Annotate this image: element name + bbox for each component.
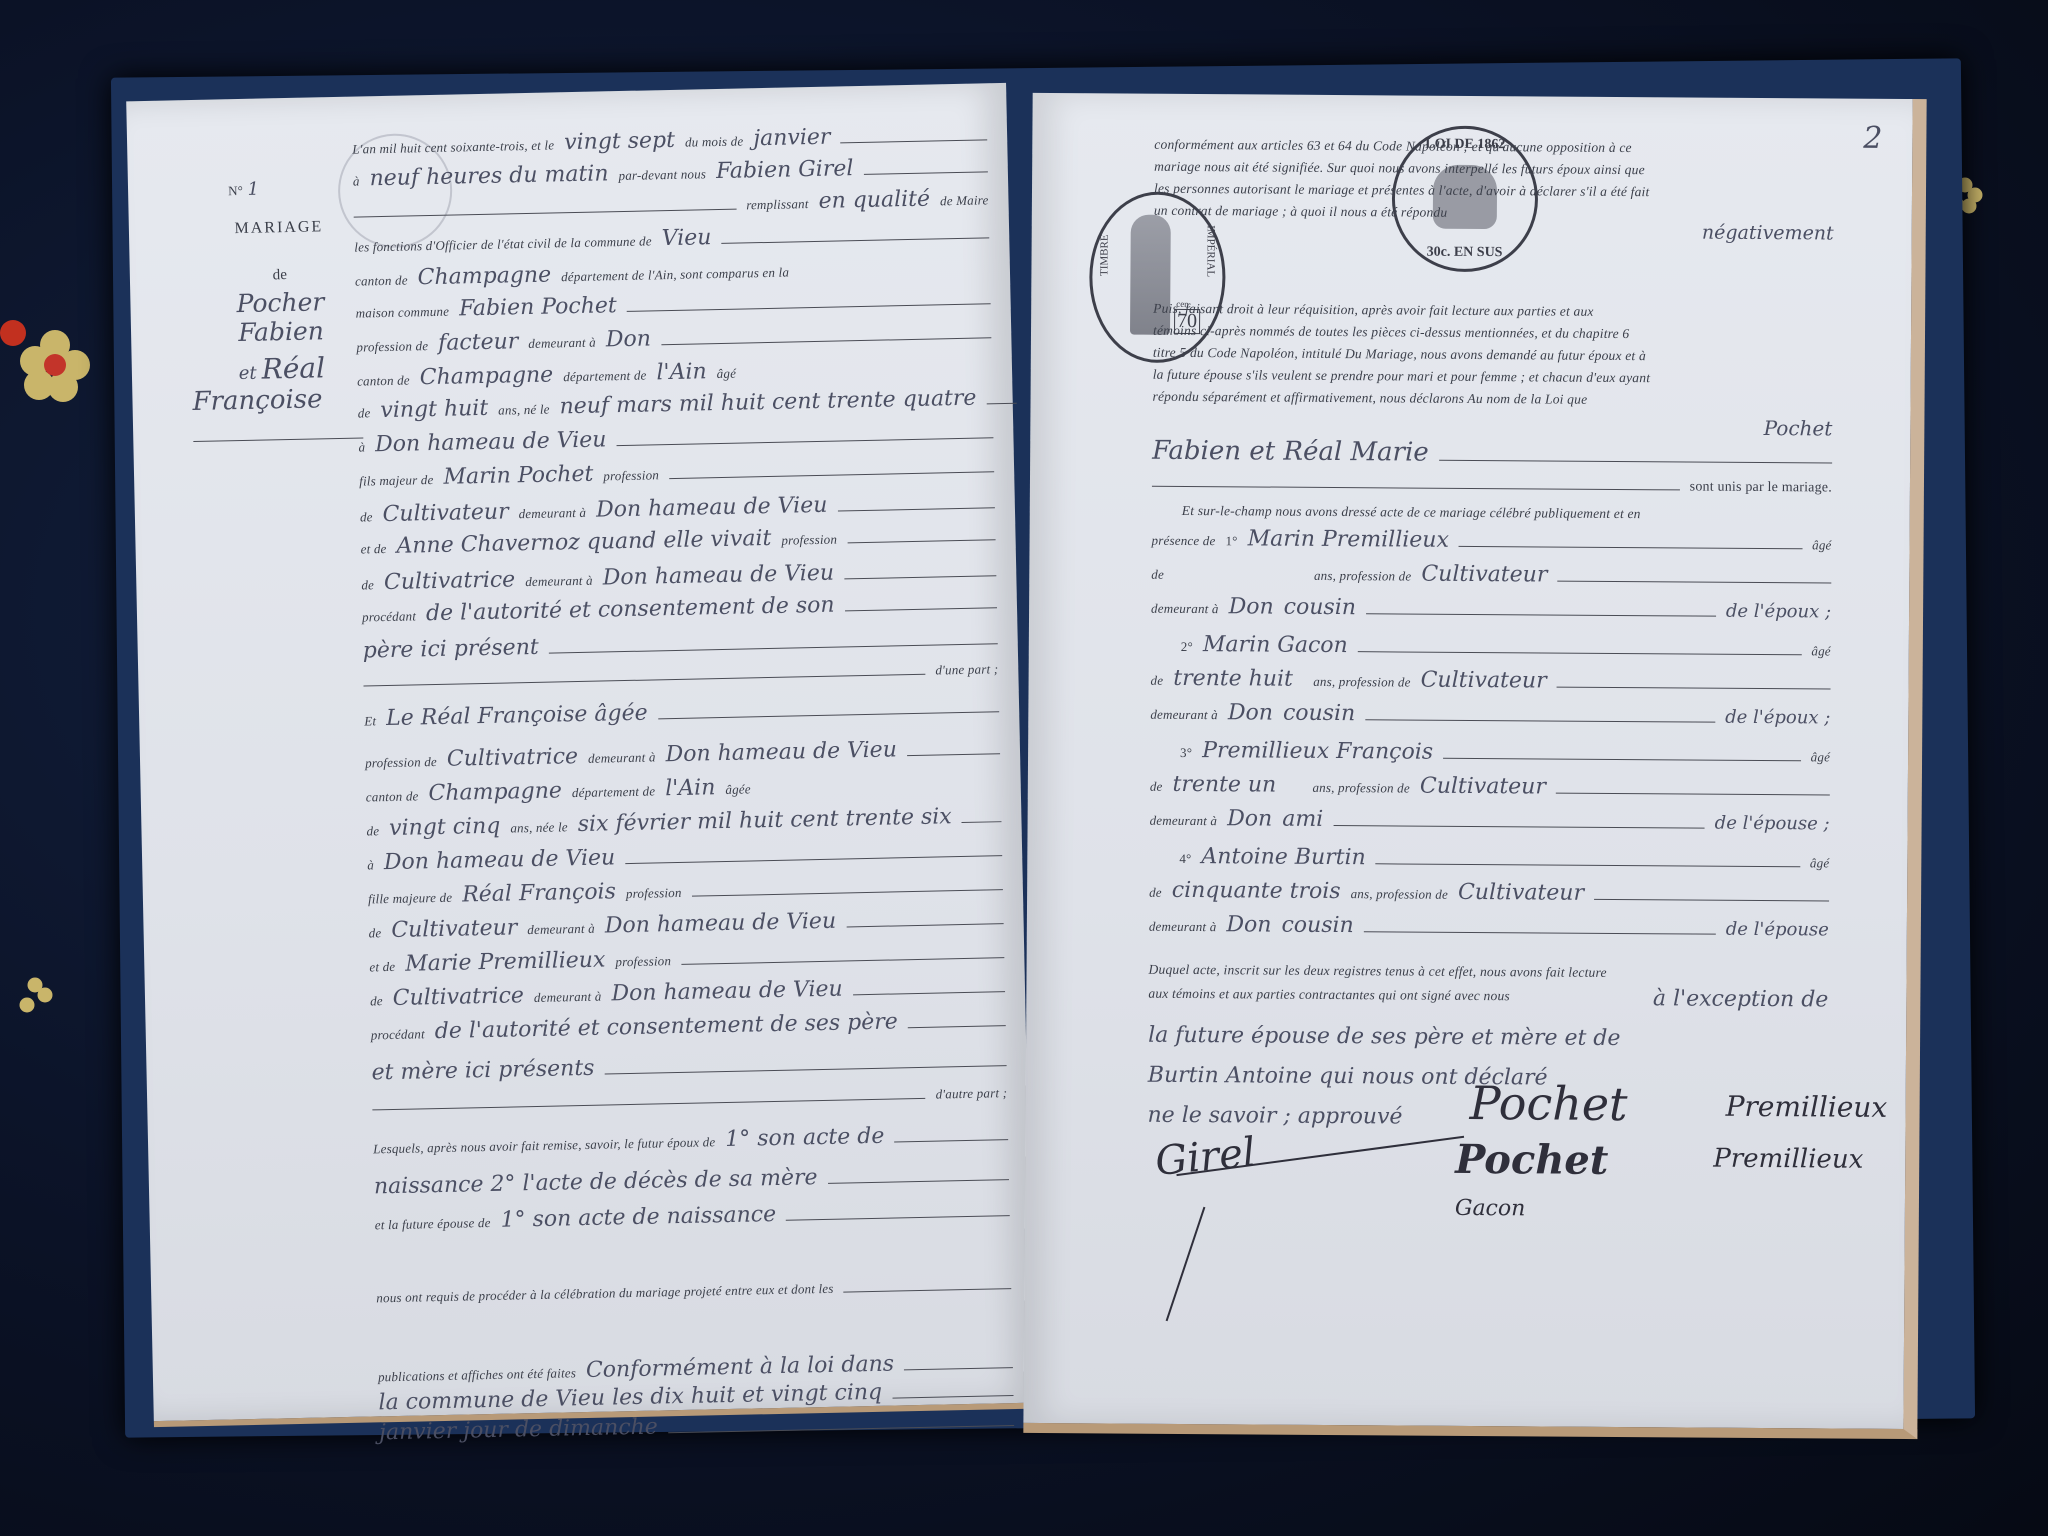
printed-text: demeurant à	[518, 505, 586, 522]
handwritten-entry: Cultivatrice	[384, 567, 516, 595]
register-line: profession deCultivatricedemeurant àDon …	[365, 735, 1000, 773]
right-page-body: conformément aux articles 63 et 64 du Co…	[1147, 134, 1834, 1141]
margin-et: et	[239, 363, 257, 384]
handwritten-entry: neuf heures du matin	[369, 161, 608, 191]
register-line: d'autre part ;	[372, 1085, 1007, 1114]
handwritten-entry: Conformément à la loi dans	[586, 1352, 895, 1383]
printed-text: département de	[563, 368, 647, 386]
handwritten-entry: Champagne	[428, 778, 562, 806]
handwritten-entry: vingt sept	[564, 128, 675, 155]
witness-profession: Cultivateur	[1420, 774, 1546, 800]
printed-text: procédant	[362, 608, 416, 625]
printed-text: fils majeur de	[359, 472, 434, 490]
embroidered-red-bloom-icon	[0, 320, 26, 346]
bride-surname: Réal	[261, 351, 325, 385]
handwritten-entry: Cultivateur	[391, 915, 518, 943]
printed-text: demeurant à	[527, 921, 595, 938]
handwritten-entry: Marie Premillieux	[405, 948, 606, 977]
handwritten-entry: Anne Chavernoz quand elle vivait	[396, 526, 771, 559]
handwritten-entry: Don hameau de Vieu	[665, 737, 897, 767]
printed-text: de	[366, 823, 379, 839]
printed-text: demeurant à	[588, 749, 656, 766]
united-statement: sont unis par le mariage.	[1690, 479, 1832, 496]
stamp-text-timbre: TIMBRE	[1098, 234, 1110, 276]
handwritten-entry: Champagne	[417, 263, 551, 291]
register-line: père ici présent	[363, 625, 998, 663]
printed-text: fille majeure de	[368, 890, 453, 908]
witness-residence: Don	[1229, 594, 1274, 619]
register-line: et mère ici présents	[371, 1047, 1006, 1085]
printed-text: L'an mil huit cent soixante-trois, et le	[352, 137, 554, 157]
printed-text: profession	[626, 885, 682, 902]
label-residence: demeurant à	[1150, 813, 1218, 829]
handwritten-entry: naissance 2° l'acte de décès de sa mère	[374, 1165, 818, 1199]
handwritten-entry: Don hameau de Vieu	[596, 493, 828, 523]
embroidered-flower-icon	[18, 978, 53, 1013]
register-line: procédantde l'autorité et consentement d…	[362, 589, 997, 627]
handwritten-entry: Cultivateur	[382, 499, 509, 527]
register-line: profession defacteurdemeurant àDon	[356, 319, 991, 357]
printed-text: à	[367, 857, 374, 873]
printed-text: et la future épouse de	[375, 1215, 491, 1233]
printed-text: de	[369, 925, 382, 941]
witness-relation: cousin	[1283, 701, 1355, 727]
witness-age-label: âgé	[1811, 749, 1830, 765]
handwritten-entry: Réal François	[462, 879, 616, 907]
printed-text: âgée	[725, 781, 751, 798]
handwritten-entry: Marin Pochet	[443, 462, 593, 490]
register-line: fils majeur deMarin Pochetprofession	[359, 453, 994, 491]
printed-text: publications et affiches ont été faites	[378, 1365, 576, 1385]
witness-age: trente un	[1172, 772, 1302, 798]
witness-residence: Don	[1226, 912, 1271, 937]
printed-text: de	[361, 577, 374, 593]
label-de: de	[1150, 779, 1163, 795]
handwritten-entry: de l'autorité et consentement de son	[426, 593, 835, 627]
printed-text: et de	[369, 959, 395, 976]
register-line: deCultivatricedemeurant àDon hameau de V…	[361, 557, 996, 595]
witness-number: 1°	[1225, 533, 1237, 549]
handwritten-entry: Le Réal Françoise âgée	[386, 701, 648, 731]
left-page-body: L'an mil huit cent soixante-trois, et le…	[352, 121, 987, 134]
handwritten-entry: Cultivatrice	[447, 744, 579, 772]
register-line: les fonctions d'Officier de l'état civil…	[354, 219, 989, 257]
handwritten-entry: 1° son acte de naissance	[500, 1202, 776, 1233]
handwritten-entry: l'Ain	[656, 359, 707, 385]
printed-text: profession	[603, 467, 659, 484]
signature-groom: Pochet	[1469, 1076, 1627, 1131]
folio-number: 2	[1863, 121, 1882, 156]
register-line: àneuf heures du matinpar-devant nousFabi…	[353, 153, 988, 191]
printed-text: canton de	[357, 372, 410, 389]
witness-age	[1174, 579, 1304, 580]
entry-number-label: N°	[228, 183, 243, 198]
register-line: deCultivatricedemeurant àDon hameau de V…	[370, 973, 1005, 1011]
bride-given-name: Françoise	[192, 383, 373, 417]
register-line: et deAnne Chavernoz quand elle vivaitpro…	[360, 521, 995, 559]
witness-relation: ami	[1282, 807, 1323, 832]
witness-relation-of: de l'épouse	[1726, 919, 1829, 941]
printed-text: département de	[572, 783, 656, 801]
printed-text: profession de	[356, 338, 428, 356]
handwritten-entry: l'Ain	[665, 775, 716, 801]
handwritten-entry: Don hameau de Vieu	[384, 845, 616, 875]
register-line: canton deChampagnedépartement del'Ainâgé…	[366, 769, 1001, 807]
entry-heading: MARIAGE	[189, 217, 369, 239]
printed-text: à	[358, 439, 365, 455]
printed-text: remplissant	[746, 196, 809, 213]
witness-age-label: âgé	[1812, 537, 1831, 553]
printed-text: profession de	[365, 754, 437, 772]
handwritten-entry: neuf mars mil huit cent trente quatre	[559, 386, 976, 420]
left-page: N° 1 MARIAGE de Pocher Fabien et Réal Fr…	[126, 83, 1034, 1427]
handwritten-entry: et mère ici présents	[371, 1056, 594, 1086]
handwritten-entry: Vieu	[661, 225, 711, 251]
handwritten-entry: six février mil huit cent trente six	[577, 804, 951, 837]
printed-text: canton de	[355, 273, 408, 290]
margin-de: de	[190, 265, 370, 286]
label-profession: ans, profession de	[1314, 568, 1411, 585]
register-line: deCultivateurdemeurant àDon hameau de Vi…	[360, 489, 995, 527]
printed-text: Et sur-le-champ nous avons dressé acte d…	[1152, 500, 1832, 527]
printed-text: profession	[615, 953, 671, 970]
handwritten-entry: la future épouse de ses père et mère et …	[1148, 1016, 1828, 1061]
printed-text: procédant	[371, 1026, 425, 1043]
witness-age: cinquante trois	[1172, 878, 1341, 904]
register-line: fille majeure deRéal Françoisprofession	[368, 871, 1003, 909]
witness-number: 3°	[1180, 745, 1192, 761]
witness-age-label: âgé	[1811, 643, 1830, 659]
spouses-names: Fabien et Réal Marie	[1152, 436, 1429, 468]
printed-text: Lesquels, après nous avoir fait remise, …	[373, 1134, 715, 1157]
register-line: naissance 2° l'acte de décès de sa mère	[374, 1161, 1009, 1199]
register-line: et deMarie Premillieuxprofession	[369, 939, 1004, 977]
witness-entry: 4°Antoine Burtinâgédecinquante troisans,…	[1149, 844, 1830, 951]
printed-text: d'autre part ;	[935, 1085, 1007, 1102]
printed-text: profession	[781, 532, 837, 549]
groom-name: Pocher Fabien	[190, 286, 371, 348]
handwritten-entry: Don hameau de Vieu	[375, 427, 607, 457]
spouse-surname: Pochet	[1764, 416, 1833, 440]
register-line: d'une part ;	[363, 661, 998, 690]
paraph-stroke	[1166, 1207, 1206, 1321]
label-residence: demeurant à	[1149, 919, 1217, 935]
witness-name: Premillieux François	[1202, 738, 1433, 765]
label-de: de	[1151, 673, 1164, 689]
witness-age-label: âgé	[1810, 855, 1829, 871]
witness-number: 2°	[1181, 639, 1193, 655]
register-line: L'an mil huit cent soixante-trois, et le…	[352, 121, 987, 159]
contract-answer: négativement	[1702, 222, 1834, 245]
witness-relation-of: de l'époux ;	[1725, 707, 1830, 729]
witness-profession: Cultivateur	[1421, 668, 1547, 694]
handwritten-entry: janvier	[753, 125, 831, 152]
printed-text: d'une part ;	[935, 661, 998, 678]
printed-text: par-devant nous	[618, 166, 706, 184]
handwritten-entry: Fabien Girel	[716, 156, 854, 184]
handwritten-entry: Cultivatrice	[392, 983, 524, 1011]
signature-witness-1: Premillieux	[1726, 1090, 1888, 1124]
printed-text: de	[358, 405, 371, 421]
witness-profession: Cultivateur	[1421, 562, 1547, 588]
register-line: canton deChampagnedépartement de l'Ain, …	[355, 253, 990, 291]
witness-relation-of: de l'épouse ;	[1715, 813, 1830, 835]
handwritten-entry: vingt cinq	[389, 814, 501, 841]
printed-text: ans, né le	[498, 402, 550, 419]
signature-witness-2: Gacon	[1455, 1196, 1526, 1221]
witness-name: Marin Premillieux	[1248, 526, 1449, 552]
signature-father: Pochet	[1455, 1136, 1608, 1184]
label-residence: demeurant à	[1151, 601, 1219, 617]
printed-text: à	[353, 173, 360, 189]
witness-presence-label: présence de	[1152, 533, 1216, 549]
printed-text: maison commune	[356, 304, 450, 322]
printed-text: du mois de	[685, 133, 744, 150]
register-line: et la future épouse de1° son acte de nai…	[374, 1197, 1009, 1235]
witness-list: présence de1°Marin Premillieuxâgédeans, …	[1149, 526, 1832, 951]
register-line: maison communeFabien Pochet	[355, 285, 990, 323]
printed-text: ans, née le	[510, 819, 568, 836]
register-line: àDon hameau de Vieu	[367, 837, 1002, 875]
witness-age: trente huit	[1173, 666, 1303, 692]
handwritten-entry: Champagne	[420, 362, 554, 390]
margin-divider	[193, 437, 363, 442]
witness-entry: 3°Premillieux Françoisâgédetrente unans,…	[1149, 738, 1830, 845]
register-line: deCultivateurdemeurant àDon hameau de Vi…	[368, 905, 1003, 943]
witness-relation: cousin	[1281, 913, 1353, 939]
witness-name: Antoine Burtin	[1201, 844, 1365, 870]
handwritten-entry: janvier jour de dimanche	[379, 1415, 658, 1446]
printed-text: les fonctions d'Officier de l'état civil…	[354, 233, 652, 255]
handwritten-entry: en qualité	[818, 187, 930, 214]
printed-text: répondu séparément et affirmativement, n…	[1152, 386, 1832, 413]
witness-entry: 2°Marin Gaconâgédetrente huitans, profes…	[1150, 632, 1831, 739]
witness-profession: Cultivateur	[1458, 880, 1584, 906]
witness-residence: Don	[1227, 806, 1272, 831]
witness-entry: présence de1°Marin Premillieuxâgédeans, …	[1151, 526, 1832, 633]
handwritten-entry: Don hameau de Vieu	[602, 561, 834, 591]
witness-residence: Don	[1228, 700, 1273, 725]
handwritten-entry: Don hameau de Vieu	[605, 909, 837, 939]
signature-mayor: Girel	[1153, 1129, 1257, 1185]
handwritten-entry: vingt huit	[380, 396, 488, 423]
handwritten-entry: de l'autorité et consentement de ses pèr…	[435, 1009, 899, 1044]
printed-text: nous ont requis de procéder à la célébra…	[376, 1281, 834, 1307]
witness-relation: cousin	[1284, 595, 1356, 621]
signature-witness-3: Premillieux	[1713, 1144, 1863, 1175]
witness-number: 4°	[1179, 851, 1191, 867]
printed-text: Et	[364, 713, 376, 729]
register-line: EtLe Réal Françoise âgée	[364, 693, 999, 731]
witness-relation-of: de l'époux ;	[1726, 601, 1831, 623]
printed-text: département de l'Ain, sont comparus en l…	[561, 265, 789, 286]
label-de: de	[1149, 885, 1162, 901]
printed-text: de	[360, 509, 373, 525]
register-line: Lesquels, après nous avoir fait remise, …	[373, 1121, 1008, 1159]
entry-number: 1	[247, 179, 259, 200]
printed-text: canton de	[366, 788, 419, 805]
register-line: devingt cinqans, née lesix février mil h…	[366, 803, 1001, 841]
printed-text: âgé	[717, 366, 737, 382]
printed-text: de Maire	[940, 192, 989, 209]
label-residence: demeurant à	[1150, 707, 1218, 723]
printed-text: demeurant à	[525, 573, 593, 590]
printed-text: de	[370, 993, 383, 1009]
right-page: 2 TIMBRE IMPÉRIAL cen. 70 LOI DE 1862 30…	[1023, 93, 1926, 1439]
handwritten-entry: Don	[606, 326, 652, 352]
handwritten-entry: Don hameau de Vieu	[611, 977, 843, 1007]
handwritten-entry: père ici présent	[363, 635, 539, 664]
register-line: devingt huitans, né leneuf mars mil huit…	[357, 385, 992, 423]
register-line: procédantde l'autorité et consentement d…	[371, 1007, 1006, 1045]
register-line: canton deChampagnedépartement del'Ainâgé	[357, 353, 992, 391]
label-profession: ans, profession de	[1312, 780, 1409, 797]
label-profession: ans, profession de	[1351, 886, 1448, 903]
handwritten-entry: Fabien Pochet	[459, 293, 617, 321]
witness-name: Marin Gacon	[1203, 632, 1348, 658]
margin-entry: N° 1 MARIAGE de Pocher Fabien et Réal Fr…	[188, 176, 373, 442]
printed-text: demeurant à	[528, 335, 596, 352]
label-de: de	[1151, 567, 1164, 583]
register-line: àDon hameau de Vieu	[358, 419, 993, 457]
printed-text: demeurant à	[534, 989, 602, 1006]
register-line: nous ont requis de procéder à la célébra…	[376, 1277, 1011, 1306]
handwritten-entry: 1° son acte de	[725, 1124, 885, 1152]
embroidered-flower-icon	[20, 330, 90, 400]
label-profession: ans, profession de	[1313, 674, 1410, 691]
handwritten-entry: facteur	[438, 329, 519, 356]
printed-text: et de	[360, 541, 386, 558]
